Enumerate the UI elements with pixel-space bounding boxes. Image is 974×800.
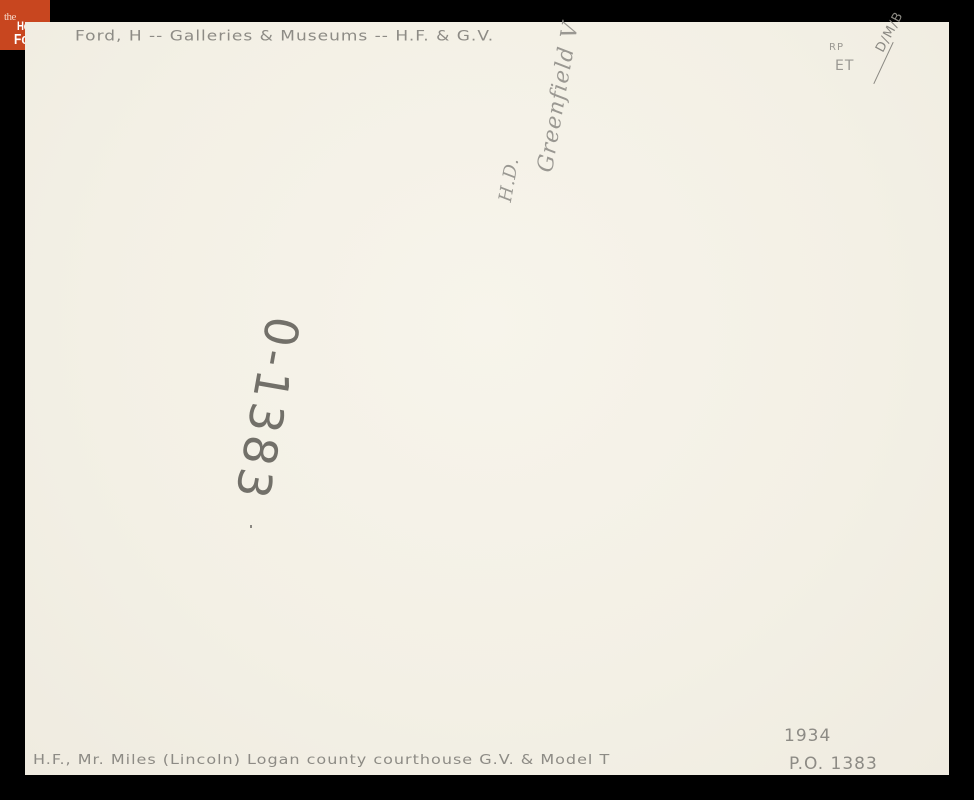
po-number: P.O. 1383 — [789, 754, 878, 774]
center-note-line2: Greenfield V — [533, 20, 584, 175]
photo-card-back: Ford, H -- Galleries & Museums -- H.F. &… — [25, 22, 949, 775]
top-caption: Ford, H -- Galleries & Museums -- H.F. &… — [75, 28, 494, 45]
year-note: 1934 — [784, 726, 831, 746]
corner-mark-rp: RP — [829, 42, 844, 53]
logo-the: the — [4, 11, 16, 23]
bottom-caption: H.F., Mr. Miles (Lincoln) Logan county c… — [33, 751, 610, 767]
corner-mark-et: ET — [835, 58, 854, 74]
pencil-speck — [250, 525, 252, 528]
center-number: 0-1383 — [224, 313, 310, 506]
center-note-line1: H.D. — [495, 156, 523, 204]
